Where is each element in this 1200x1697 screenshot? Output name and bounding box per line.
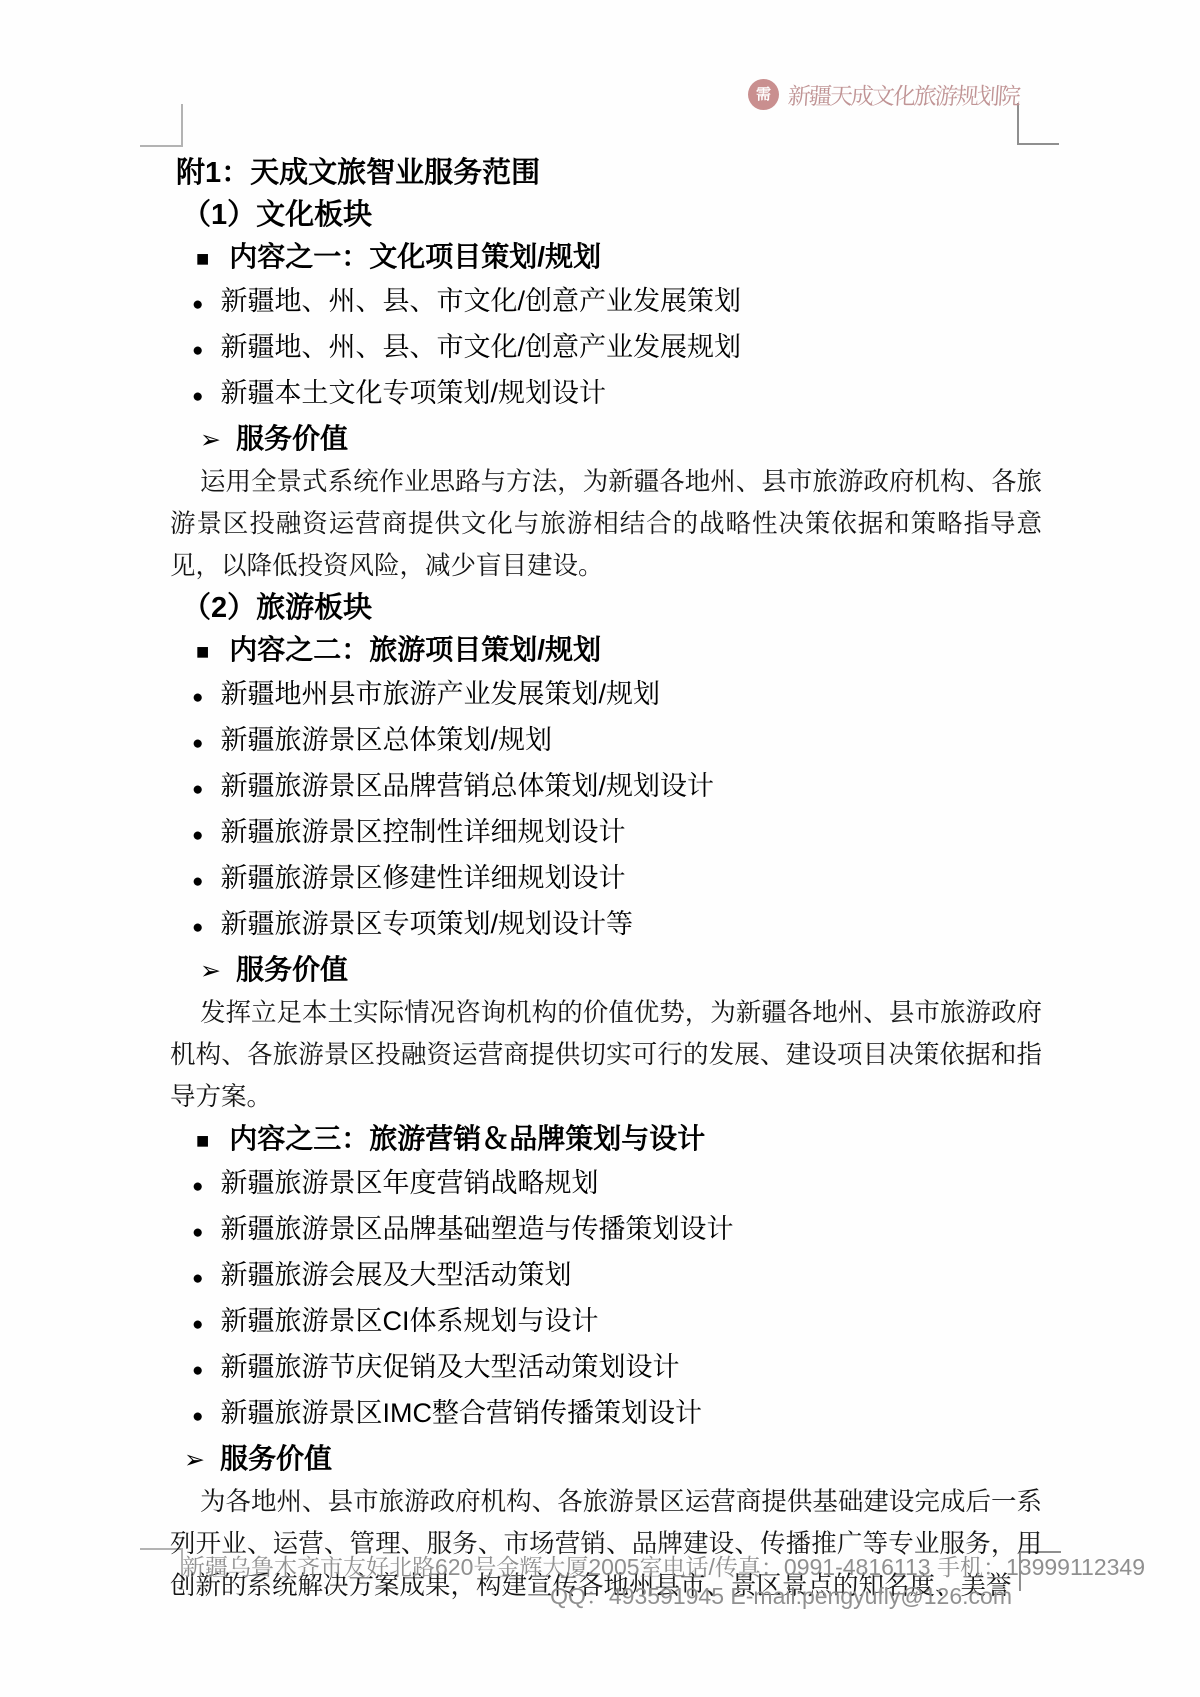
list-item-text: 新疆旅游景区年度营销战略规划 xyxy=(220,1162,598,1204)
paragraph: 发挥立足本土实际情况咨询机构的价值优势，为新疆各地州、县市旅游政府机构、各旅游景… xyxy=(170,992,1042,1118)
document-body: 附1：天成文旅智业服务范围 （1）文化板块 ■ 内容之一：文化项目策划/规划 ●… xyxy=(170,152,1018,1607)
topic-1-label: 内容之一：文化项目策划/规划 xyxy=(229,236,601,278)
dot-bullet-icon: ● xyxy=(192,1212,203,1254)
value-heading-2-label: 服务价值 xyxy=(236,949,348,991)
list-item: ● 新疆旅游景区修建性详细规划设计 xyxy=(170,857,1018,903)
list-item-text: 新疆旅游景区总体策划/规划 xyxy=(220,719,552,761)
list-item: ● 新疆旅游景区CI体系规划与设计 xyxy=(170,1300,1018,1346)
value-heading-1-label: 服务价值 xyxy=(236,418,348,460)
list-item: ● 新疆地、州、县、市文化/创意产业发展规划 xyxy=(170,326,1018,372)
value-heading-1: ➢ 服务价值 xyxy=(170,418,1018,461)
dot-bullet-icon: ● xyxy=(192,284,203,326)
org-logo-text: 新疆天成文化旅游规划院 xyxy=(787,78,1020,111)
list-item: ● 新疆旅游景区品牌营销总体策划/规划设计 xyxy=(170,765,1018,811)
list-item: ● 新疆旅游景区年度营销战略规划 xyxy=(170,1162,1018,1208)
list-item-text: 新疆本土文化专项策划/规划设计 xyxy=(220,372,606,414)
footer-qq-email: QQ：493591945 E-mail:pengyufly@126.com xyxy=(170,1582,1018,1611)
topic-2-label: 内容之二：旅游项目策划/规划 xyxy=(229,629,601,671)
list-item-text: 新疆旅游节庆促销及大型活动策划设计 xyxy=(220,1346,679,1388)
dot-bullet-icon: ● xyxy=(192,1350,203,1392)
dot-bullet-icon: ● xyxy=(192,815,203,857)
list-item-text: 新疆地、州、县、市文化/创意产业发展规划 xyxy=(220,326,741,368)
topic-1-heading: ■ 内容之一：文化项目策划/规划 xyxy=(170,236,1018,280)
list-item-text: 新疆旅游景区品牌基础塑造与传播策划设计 xyxy=(220,1208,733,1250)
dot-bullet-icon: ● xyxy=(192,330,203,372)
list-item: ● 新疆旅游会展及大型活动策划 xyxy=(170,1254,1018,1300)
arrow-bullet-icon: ➢ xyxy=(200,950,221,992)
crop-mark-top-left-icon xyxy=(140,104,183,147)
paragraph: 运用全景式系统作业思路与方法，为新疆各地州、县市旅游政府机构、各旅游景区投融资运… xyxy=(170,461,1042,587)
dot-bullet-icon: ● xyxy=(192,769,203,811)
dot-bullet-icon: ● xyxy=(192,376,203,418)
value-heading-3-label: 服务价值 xyxy=(220,1438,332,1480)
dot-bullet-icon: ● xyxy=(192,723,203,765)
footer-address: 新疆乌鲁木齐市友好北路620号金辉大厦2005室 xyxy=(182,1553,663,1582)
list-item: ● 新疆地、州、县、市文化/创意产业发展策划 xyxy=(170,280,1018,326)
dot-bullet-icon: ● xyxy=(192,861,203,903)
list-item-text: 新疆地州县市旅游产业发展策划/规划 xyxy=(220,673,660,715)
square-bullet-icon: ■ xyxy=(196,631,209,673)
footer-phone-fax: 电话/传真：0991-4816113 手机：13999112349 xyxy=(663,1553,1145,1582)
list-item: ● 新疆旅游景区品牌基础塑造与传播策划设计 xyxy=(170,1208,1018,1254)
arrow-bullet-icon: ➢ xyxy=(184,1439,205,1481)
dot-bullet-icon: ● xyxy=(192,907,203,949)
square-bullet-icon: ■ xyxy=(196,238,209,280)
value-heading-3: ➢ 服务价值 xyxy=(170,1438,1018,1481)
page-title: 附1：天成文旅智业服务范围 xyxy=(170,152,1018,194)
section-2-heading: （2）旅游板块 xyxy=(170,587,1018,629)
dot-bullet-icon: ● xyxy=(192,677,203,719)
dot-bullet-icon: ● xyxy=(192,1166,203,1208)
list-item-text: 新疆旅游景区IMC整合营销传播策划设计 xyxy=(220,1392,702,1434)
document-page: 需 新疆天成文化旅游规划院 附1：天成文旅智业服务范围 （1）文化板块 ■ 内容… xyxy=(0,0,1200,1697)
dot-bullet-icon: ● xyxy=(192,1396,203,1438)
crop-mark-top-right-icon xyxy=(1017,103,1059,145)
list-item-text: 新疆旅游景区专项策划/规划设计等 xyxy=(220,903,633,945)
seal-icon: 需 xyxy=(748,79,779,110)
list-item: ● 新疆本土文化专项策划/规划设计 xyxy=(170,372,1018,418)
list-item: ● 新疆旅游景区专项策划/规划设计等 xyxy=(170,903,1018,949)
section-1-heading: （1）文化板块 xyxy=(170,194,1018,236)
dot-bullet-icon: ● xyxy=(192,1304,203,1346)
list-item: ● 新疆旅游景区总体策划/规划 xyxy=(170,719,1018,765)
value-heading-2: ➢ 服务价值 xyxy=(170,949,1018,992)
list-item: ● 新疆旅游节庆促销及大型活动策划设计 xyxy=(170,1346,1018,1392)
list-item-text: 新疆旅游景区修建性详细规划设计 xyxy=(220,857,625,899)
list-item-text: 新疆旅游景区品牌营销总体策划/规划设计 xyxy=(220,765,714,807)
list-item-text: 新疆旅游景区CI体系规划与设计 xyxy=(220,1300,598,1342)
list-item-text: 新疆旅游景区控制性详细规划设计 xyxy=(220,811,625,853)
dot-bullet-icon: ● xyxy=(192,1258,203,1300)
topic-2-heading: ■ 内容之二：旅游项目策划/规划 xyxy=(170,629,1018,673)
list-item: ● 新疆旅游景区IMC整合营销传播策划设计 xyxy=(170,1392,1018,1438)
list-item: ● 新疆地州县市旅游产业发展策划/规划 xyxy=(170,673,1018,719)
square-bullet-icon: ■ xyxy=(196,1120,209,1162)
list-item-text: 新疆地、州、县、市文化/创意产业发展策划 xyxy=(220,280,741,322)
topic-3-heading: ■ 内容之三：旅游营销＆品牌策划与设计 xyxy=(170,1118,1018,1162)
list-item-text: 新疆旅游会展及大型活动策划 xyxy=(220,1254,571,1296)
list-item: ● 新疆旅游景区控制性详细规划设计 xyxy=(170,811,1018,857)
arrow-bullet-icon: ➢ xyxy=(200,419,221,461)
org-logo: 需 新疆天成文化旅游规划院 xyxy=(748,78,1019,111)
topic-3-label: 内容之三：旅游营销＆品牌策划与设计 xyxy=(229,1118,705,1160)
page-footer: 新疆乌鲁木齐市友好北路620号金辉大厦2005室 电话/传真：0991-4816… xyxy=(170,1553,1018,1611)
